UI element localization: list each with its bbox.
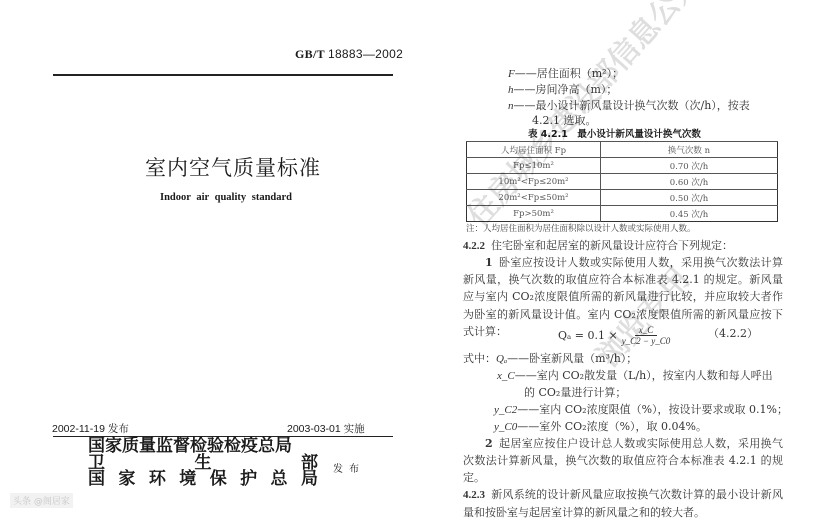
symbol: y_C2 <box>494 404 517 416</box>
issuer-name: 国家质量监督检验检疫总局 <box>88 436 292 456</box>
where-yc2: y_C2——室内 CO₂浓度限值（%），按设计要求或取 0.1%； <box>494 401 788 417</box>
standard-code-prefix: GB/T <box>295 47 325 61</box>
where-label: 式中： <box>463 352 496 365</box>
symbol: x_C <box>497 370 515 382</box>
section-4-2-3: 4.2.3新风系统的设计新风量应取按换气次数计算的最小设计新风量和按卧室与起居室… <box>463 486 783 521</box>
section-4-2-2-item-2: 2起居室应按住户设计总人数或实际使用总人数，采用换气次数法计算新风量，换气次数的… <box>463 435 783 487</box>
table-caption: 表 4.2.1 最小设计新风量设计换气次数 <box>528 126 701 140</box>
symbol: F <box>508 68 515 80</box>
item-number: 2 <box>485 437 493 450</box>
definition-text: ——室内 CO₂散发量（L/h），按室内人数和每人呼出 <box>515 369 773 382</box>
issuer-char: 境 <box>179 471 196 488</box>
cell-rate: 0.45 次/h <box>601 206 778 222</box>
definition-text: ——居住面积（m²）； <box>515 67 623 80</box>
issuer-char: 环 <box>149 471 166 488</box>
item-text: 起居室应按住户设计总人数或实际使用总人数，采用换气次数法计算新风量，换气次数的取… <box>463 437 783 484</box>
issuer-aqsiq: 国家质量监督检验检疫总局 <box>88 438 292 455</box>
formula-fraction: x_C y_C2 − y_C0 <box>622 325 671 346</box>
table-row: Fp>50m² 0.45 次/h <box>467 206 778 222</box>
equation-number: （4.2.2） <box>708 325 758 341</box>
definition-text: ——卧室新风量（m³/h）； <box>507 352 637 365</box>
air-change-table: 人均居住面积 Fp 换气次数 n Fp≤10m² 0.70 次/h 10m²<F… <box>466 141 778 222</box>
cell-rate: 0.60 次/h <box>601 174 778 190</box>
definition-text: ——室内 CO₂浓度限值（%），按设计要求或取 0.1%； <box>517 403 788 416</box>
table-note: 注：人均居住面积为居住面积除以设计人数或实际使用人数。 <box>466 222 696 234</box>
issue-date: 2002-11-19 发布 <box>52 421 129 436</box>
definition-text: 的 CO₂量进行计算； <box>524 386 626 399</box>
issuer-char: 局 <box>301 471 318 488</box>
where-yc0: y_C0——室外 CO₂浓度（%），取 0.04%。 <box>494 418 707 434</box>
header-area: 人均居住面积 Fp <box>467 142 601 158</box>
issuer-char: 国 <box>88 471 105 488</box>
where-qa: 式中：Qₐ——卧室新风量（m³/h）； <box>463 350 637 366</box>
symbol: Qₐ <box>496 353 507 365</box>
section-heading: 住宅卧室和起居室的新风量设计应符合下列规定： <box>491 239 733 252</box>
table-row: Fp≤10m² 0.70 次/h <box>467 158 778 174</box>
table-row: 10m²<Fp≤20m² 0.60 次/h <box>467 174 778 190</box>
where-xc: x_C——室内 CO₂散发量（L/h），按室内人数和每人呼出 <box>497 367 773 383</box>
symbol: y_C0 <box>494 421 517 433</box>
formula-denominator: y_C2 − y_C0 <box>622 336 671 346</box>
issuer-char: 保 <box>210 471 227 488</box>
issuer-char: 总 <box>271 471 288 488</box>
cell-rate: 0.70 次/h <box>601 158 778 174</box>
definition-n: n——最小设计新风量设计换气次数（次/h），按表 <box>508 98 750 114</box>
definition-F: F——居住面积（m²）； <box>508 66 623 82</box>
formula-4-2-2: Qₐ = 0.1 × x_C y_C2 − y_C0 <box>558 325 670 346</box>
formula-lhs: Qₐ = 0.1 × <box>558 329 618 342</box>
cell-area: 20m²<Fp≤50m² <box>467 190 601 206</box>
definition-text: ——室外 CO₂浓度（%），取 0.04%。 <box>517 420 707 433</box>
table-row: 20m²<Fp≤50m² 0.50 次/h <box>467 190 778 206</box>
issuer-char: 家 <box>118 471 135 488</box>
issuer-char: 生 <box>195 455 212 472</box>
cell-area: 10m²<Fp≤20m² <box>467 174 601 190</box>
table-header-row: 人均居住面积 Fp 换气次数 n <box>467 142 778 158</box>
formula-numerator: x_C <box>635 325 658 336</box>
definition-h: h——房间净高（m）； <box>508 82 617 98</box>
standard-code-number: 18883—2002 <box>328 47 403 61</box>
section-text: 新风系统的设计新风量应取按换气次数计算的最小设计新风量和按卧室与起居室计算的新风… <box>463 488 783 519</box>
corner-watermark: 头条 @阁居家 <box>10 493 73 508</box>
where-xc-cont: 的 CO₂量进行计算； <box>524 384 626 400</box>
issuer-sepa: 国 家 环 境 保 护 总 局 <box>88 471 318 488</box>
cell-area: Fp≤10m² <box>467 158 601 174</box>
title-chinese: 室内空气质量标准 <box>145 152 321 182</box>
section-number: 4.2.3 <box>463 489 485 501</box>
title-english: Indoor air quality standard <box>160 192 292 203</box>
effective-date: 2003-03-01 实施 <box>287 421 365 436</box>
header-rule <box>53 74 393 76</box>
item-number: 1 <box>485 256 493 269</box>
section-4-2-2-heading: 4.2.2住宅卧室和起居室的新风量设计应符合下列规定： <box>463 237 783 255</box>
section-number: 4.2.2 <box>463 240 485 252</box>
standard-code: GB/T 18883—2002 <box>295 47 403 62</box>
issuer-char: 护 <box>240 471 257 488</box>
cell-rate: 0.50 次/h <box>601 190 778 206</box>
cell-area: Fp>50m² <box>467 206 601 222</box>
definition-text: ——房间净高（m）； <box>514 83 618 96</box>
issued-label: 发布 <box>333 460 365 475</box>
definition-text: ——最小设计新风量设计换气次数（次/h），按表 <box>514 99 750 112</box>
header-air-changes: 换气次数 n <box>601 142 778 158</box>
